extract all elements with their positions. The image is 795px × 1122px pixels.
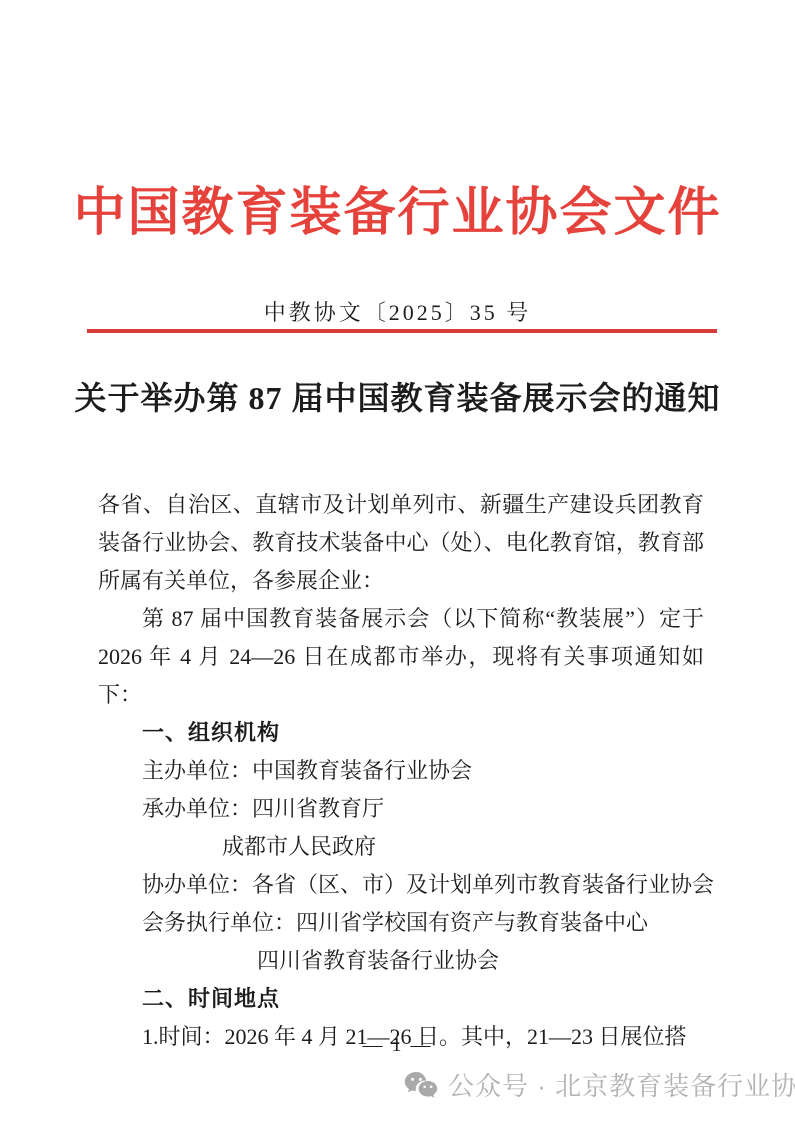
- executive-unit-line: 会务执行单位：四川省学校国有资产与教育装备中心: [98, 904, 704, 942]
- document-body: 各省、自治区、直辖市及计划单列市、新疆生产建设兵团教育装备行业协会、教育技术装备…: [98, 486, 704, 1056]
- wechat-icon: [404, 1071, 438, 1099]
- section-heading-time-place: 二、时间地点: [98, 980, 704, 1018]
- watermark: 公众号 · 北京教育装备行业协会: [404, 1066, 795, 1103]
- salutation-paragraph: 各省、自治区、直辖市及计划单列市、新疆生产建设兵团教育装备行业协会、教育技术装备…: [98, 486, 704, 600]
- watermark-text: 公众号 · 北京教育装备行业协会: [448, 1066, 795, 1103]
- organizer-unit-line: 承办单位：四川省教育厅: [98, 790, 704, 828]
- section-heading-organization: 一、组织机构: [98, 714, 704, 752]
- host-unit-line: 主办单位：中国教育装备行业协会: [98, 752, 704, 790]
- page-number: — 1 —: [0, 1034, 795, 1057]
- document-number: 中教协文〔2025〕35 号: [0, 300, 795, 326]
- letterhead-title: 中国教育装备行业协会文件: [0, 184, 795, 244]
- document-page: 中国教育装备行业协会文件 中教协文〔2025〕35 号 关于举办第 87 届中国…: [0, 0, 795, 1122]
- co-organizer-unit-line: 协办单位：各省（区、市）及计划单列市教育装备行业协会: [98, 866, 704, 904]
- executive-unit-continuation: 四川省教育装备行业协会: [98, 942, 704, 980]
- intro-paragraph: 第 87 届中国教育装备展示会（以下简称“教装展”）定于 2026 年 4 月 …: [98, 600, 704, 714]
- red-divider-line: [87, 329, 717, 333]
- document-title: 关于举办第 87 届中国教育装备展示会的通知: [0, 377, 795, 419]
- organizer-unit-continuation: 成都市人民政府: [98, 828, 704, 866]
